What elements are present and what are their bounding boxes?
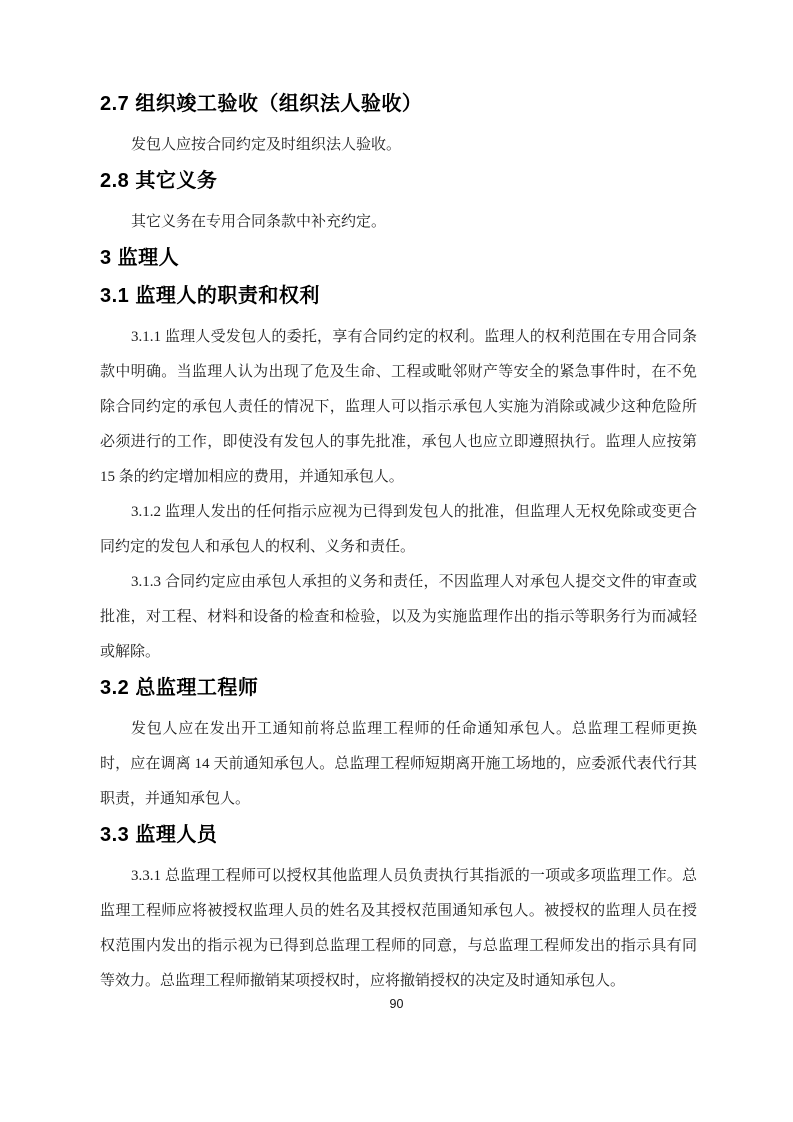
heading-3-1: 3.1 监理人的职责和权利	[100, 282, 697, 310]
paragraph-3-3-1: 3.3.1 总监理工程师可以授权其他监理人员负责执行其指派的一项或多项监理工作。…	[100, 859, 697, 999]
paragraph-3-2: 发包人应在发出开工通知前将总监理工程师的任命通知承包人。总监理工程师更换时，应在…	[100, 712, 697, 817]
paragraph-2-7: 发包人应按合同约定及时组织法人验收。	[100, 128, 697, 163]
paragraph-3-1-3: 3.1.3 合同约定应由承包人承担的义务和责任，不因监理人对承包人提交文件的审查…	[100, 565, 697, 670]
heading-3-3: 3.3 监理人员	[100, 821, 697, 849]
heading-2-8: 2.8 其它义务	[100, 167, 697, 195]
document-page: 2.7 组织竣工验收（组织法人验收） 发包人应按合同约定及时组织法人验收。 2.…	[0, 0, 793, 1122]
heading-3-2: 3.2 总监理工程师	[100, 674, 697, 702]
document-content: 2.7 组织竣工验收（组织法人验收） 发包人应按合同约定及时组织法人验收。 2.…	[100, 86, 697, 999]
heading-2-7: 2.7 组织竣工验收（组织法人验收）	[100, 90, 697, 118]
heading-3: 3 监理人	[100, 244, 697, 272]
paragraph-2-8: 其它义务在专用合同条款中补充约定。	[100, 205, 697, 240]
page-number: 90	[0, 997, 793, 1011]
paragraph-3-1-1: 3.1.1 监理人受发包人的委托，享有合同约定的权利。监理人的权利范围在专用合同…	[100, 320, 697, 495]
paragraph-3-1-2: 3.1.2 监理人发出的任何指示应视为已得到发包人的批准，但监理人无权免除或变更…	[100, 495, 697, 565]
